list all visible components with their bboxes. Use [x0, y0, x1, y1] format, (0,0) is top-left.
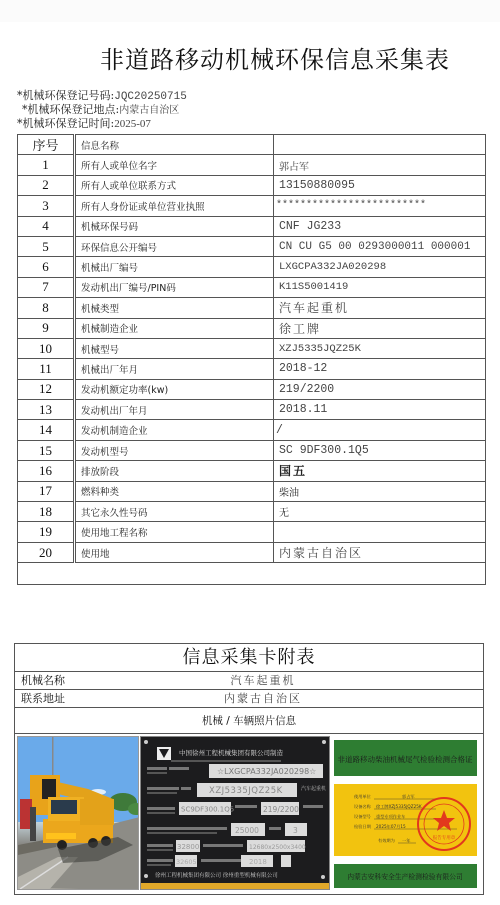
plate-manufacturer: 中国徐州工程机械集团有限公司制造	[179, 748, 284, 757]
certificate-header: 非道路移动柴油机械尾气检验检测合格证	[338, 754, 473, 764]
header-value	[274, 135, 486, 155]
row-name: 燃料种类	[75, 481, 274, 501]
stamp-text: 报告专用章	[433, 834, 456, 841]
table-row: 18其它永久性号码无	[18, 502, 486, 522]
plate-capacity: 25000	[235, 826, 259, 835]
row-name: 机械出厂年月	[75, 359, 274, 379]
row-name: 所有人身份证或单位营业执照	[75, 196, 274, 216]
row-no: 10	[18, 338, 75, 358]
row-no: 9	[18, 318, 75, 338]
row-name: 发动机出厂编号/PIN码	[75, 277, 274, 297]
row-name: 机械制造企业	[75, 318, 274, 338]
table-row: 13发动机出厂年月2018.11	[18, 400, 486, 420]
table-row: 5环保信息公开编号CN CU G5 00 0293000011 000001	[18, 236, 486, 256]
row-value: SC 9DF300.1Q5	[274, 440, 486, 460]
header-name: 信息名称	[75, 135, 274, 155]
plate-power: 219/2200	[263, 805, 299, 814]
table-row: 17燃料种类柴油	[18, 481, 486, 501]
row-no: 4	[18, 216, 75, 236]
row-name: 所有人或单位联系方式	[75, 175, 274, 195]
machine-name-value: 汽车起重机	[15, 672, 483, 690]
row-no: 6	[18, 257, 75, 277]
row-value: 2018-12	[274, 359, 486, 379]
row-no: 11	[18, 359, 75, 379]
row-value: XZJ5335JQZ25K	[274, 338, 486, 358]
header-no: 序号	[18, 135, 75, 155]
row-no: 20	[18, 542, 75, 562]
row-no: 13	[18, 400, 75, 420]
plate-weight: 32800	[177, 843, 199, 851]
table-row: 10机械型号XZJ5335JQZ25K	[18, 338, 486, 358]
row-value: *************************	[274, 196, 486, 216]
row-value: CN CU G5 00 0293000011 000001	[274, 236, 486, 256]
address-value: 内蒙古自治区	[15, 690, 483, 708]
meta-label: *机械环保登记时间:	[17, 117, 114, 130]
table-row: 1所有人或单位名字郭占军	[18, 155, 486, 175]
table-header-row: 序号 信息名称	[18, 135, 486, 155]
cert-field-label: 检验日期	[354, 823, 372, 830]
page-title: 非道路移动机械环保信息采集表	[0, 40, 500, 75]
row-no: 14	[18, 420, 75, 440]
table-row: 12发动机额定功率(kw)219/2200	[18, 379, 486, 399]
table-row: 15发动机型号SC 9DF300.1Q5	[18, 440, 486, 460]
cert-field-label: 设备名称	[354, 803, 372, 810]
table-row: 4机械环保号码CNF JG233	[18, 216, 486, 236]
table-row: 9机械制造企业徐工牌	[18, 318, 486, 338]
row-name: 其它永久性号码	[75, 502, 274, 522]
plate-year: 2018	[249, 858, 267, 866]
row-value: LXGCPA332JA020298	[274, 257, 486, 277]
meta-registration-time: *机械环保登记时间:2025-07	[17, 115, 151, 131]
top-band	[0, 0, 500, 22]
cert-field-label: 使用单位	[354, 793, 372, 800]
row-value: 郭占军	[274, 155, 486, 175]
row-name: 发动机制造企业	[75, 420, 274, 440]
row-no: 7	[18, 277, 75, 297]
table-row: 6机械出厂编号LXGCPA332JA020298	[18, 257, 486, 277]
row-no: 2	[18, 175, 75, 195]
row-name: 使用地工程名称	[75, 522, 274, 542]
row-value: 徐工牌	[274, 318, 486, 338]
row-value: K11S5001419	[274, 277, 486, 297]
row-value	[274, 522, 486, 542]
row-no: 12	[18, 379, 75, 399]
row-no: 3	[18, 196, 75, 216]
certificate-photo: 非道路移动柴油机械尾气检验检测合格证 使用单位 郭占军 设备名称 徐工牌XZJ5…	[332, 736, 482, 890]
annex-address-row: 联系地址 内蒙古自治区	[15, 690, 483, 708]
table-row: 16排放阶段国五	[18, 461, 486, 481]
row-value: 汽车起重机	[274, 298, 486, 318]
table-row: 3所有人身份证或单位营业执照*************************	[18, 196, 486, 216]
row-name: 使用地	[75, 542, 274, 562]
row-name: 发动机型号	[75, 440, 274, 460]
row-name: 环保信息公开编号	[75, 236, 274, 256]
row-no: 5	[18, 236, 75, 256]
cert-field-label: 有效期为	[378, 837, 395, 844]
row-name: 机械型号	[75, 338, 274, 358]
certificate-footer: 内蒙古安科安全生产检测检验有限公司	[347, 872, 463, 881]
row-value: CNF JG233	[274, 216, 486, 236]
row-name: 机械出厂编号	[75, 257, 274, 277]
row-name: 发动机出厂年月	[75, 400, 274, 420]
row-name: 所有人或单位名字	[75, 155, 274, 175]
photo-section-label: 机械 / 车辆照片信息	[15, 708, 483, 734]
plate-model: XZJ5335JQZ25K	[209, 786, 283, 796]
row-value: 国五	[274, 461, 486, 481]
plate-dimensions: 12680x2500x3400	[249, 844, 306, 851]
row-value: 219/2200	[274, 379, 486, 399]
row-no: 19	[18, 522, 75, 542]
plate-engine: SC9DF300.1Q5	[181, 806, 234, 814]
cert-field-label: 设备型号	[354, 813, 371, 820]
row-no: 15	[18, 440, 75, 460]
row-value: 柴油	[274, 481, 486, 501]
row-no: 17	[18, 481, 75, 501]
row-no: 18	[18, 502, 75, 522]
nameplate-photo: 中国徐州工程机械集团有限公司制造 ☆LXGCPA332JA020298☆ XZJ…	[140, 736, 330, 890]
row-name: 发动机额定功率(kw)	[75, 379, 274, 399]
plate-curb: 32605	[176, 858, 197, 866]
annex-title: 信息采集卡附表	[15, 644, 483, 672]
certificate-image: 非道路移动柴油机械尾气检验检测合格证 使用单位 郭占军 设备名称 徐工牌XZJ5…	[332, 736, 482, 890]
row-value: 内蒙古自治区	[274, 542, 486, 562]
empty-cell	[18, 563, 486, 585]
row-name: 机械环保号码	[75, 216, 274, 236]
table-row: 11机械出厂年月2018-12	[18, 359, 486, 379]
table-row: 20使用地内蒙古自治区	[18, 542, 486, 562]
table-row: 14发动机制造企业/	[18, 420, 486, 440]
annex-machine-name-row: 机械名称 汽车起重机	[15, 672, 483, 690]
table-row: 2所有人或单位联系方式13150880095	[18, 175, 486, 195]
row-no: 8	[18, 298, 75, 318]
table-row: 19使用地工程名称	[18, 522, 486, 542]
row-no: 1	[18, 155, 75, 175]
row-value: 无	[274, 502, 486, 522]
meta-value: 2025-07	[114, 118, 151, 130]
row-value: /	[274, 420, 486, 440]
info-table: 序号 信息名称 1所有人或单位名字郭占军 2所有人或单位联系方式13150880…	[17, 134, 486, 585]
row-name: 机械类型	[75, 298, 274, 318]
plate-type: 汽车起重机	[301, 785, 326, 792]
crane-truck-image	[18, 737, 139, 890]
row-value: 13150880095	[274, 175, 486, 195]
photo-strip: 中国徐州工程机械集团有限公司制造 ☆LXGCPA332JA020298☆ XZJ…	[15, 734, 483, 894]
plate-vin: ☆LXGCPA332JA020298☆	[217, 767, 316, 776]
annex-box: 信息采集卡附表 机械名称 汽车起重机 联系地址 内蒙古自治区 机械 / 车辆照片…	[14, 643, 484, 895]
plate-footer: 徐州工程机械集团有限公司 徐州重型机械有限公司	[155, 871, 278, 879]
table-row: 8机械类型汽车起重机	[18, 298, 486, 318]
table-row: 7发动机出厂编号/PIN码K11S5001419	[18, 277, 486, 297]
crane-photo	[17, 736, 139, 890]
row-name: 排放阶段	[75, 461, 274, 481]
table-footer-row	[18, 563, 486, 585]
plate-height: 3	[293, 826, 298, 835]
nameplate-image: 中国徐州工程机械集团有限公司制造 ☆LXGCPA332JA020298☆ XZJ…	[141, 737, 330, 890]
row-value: 2018.11	[274, 400, 486, 420]
row-no: 16	[18, 461, 75, 481]
